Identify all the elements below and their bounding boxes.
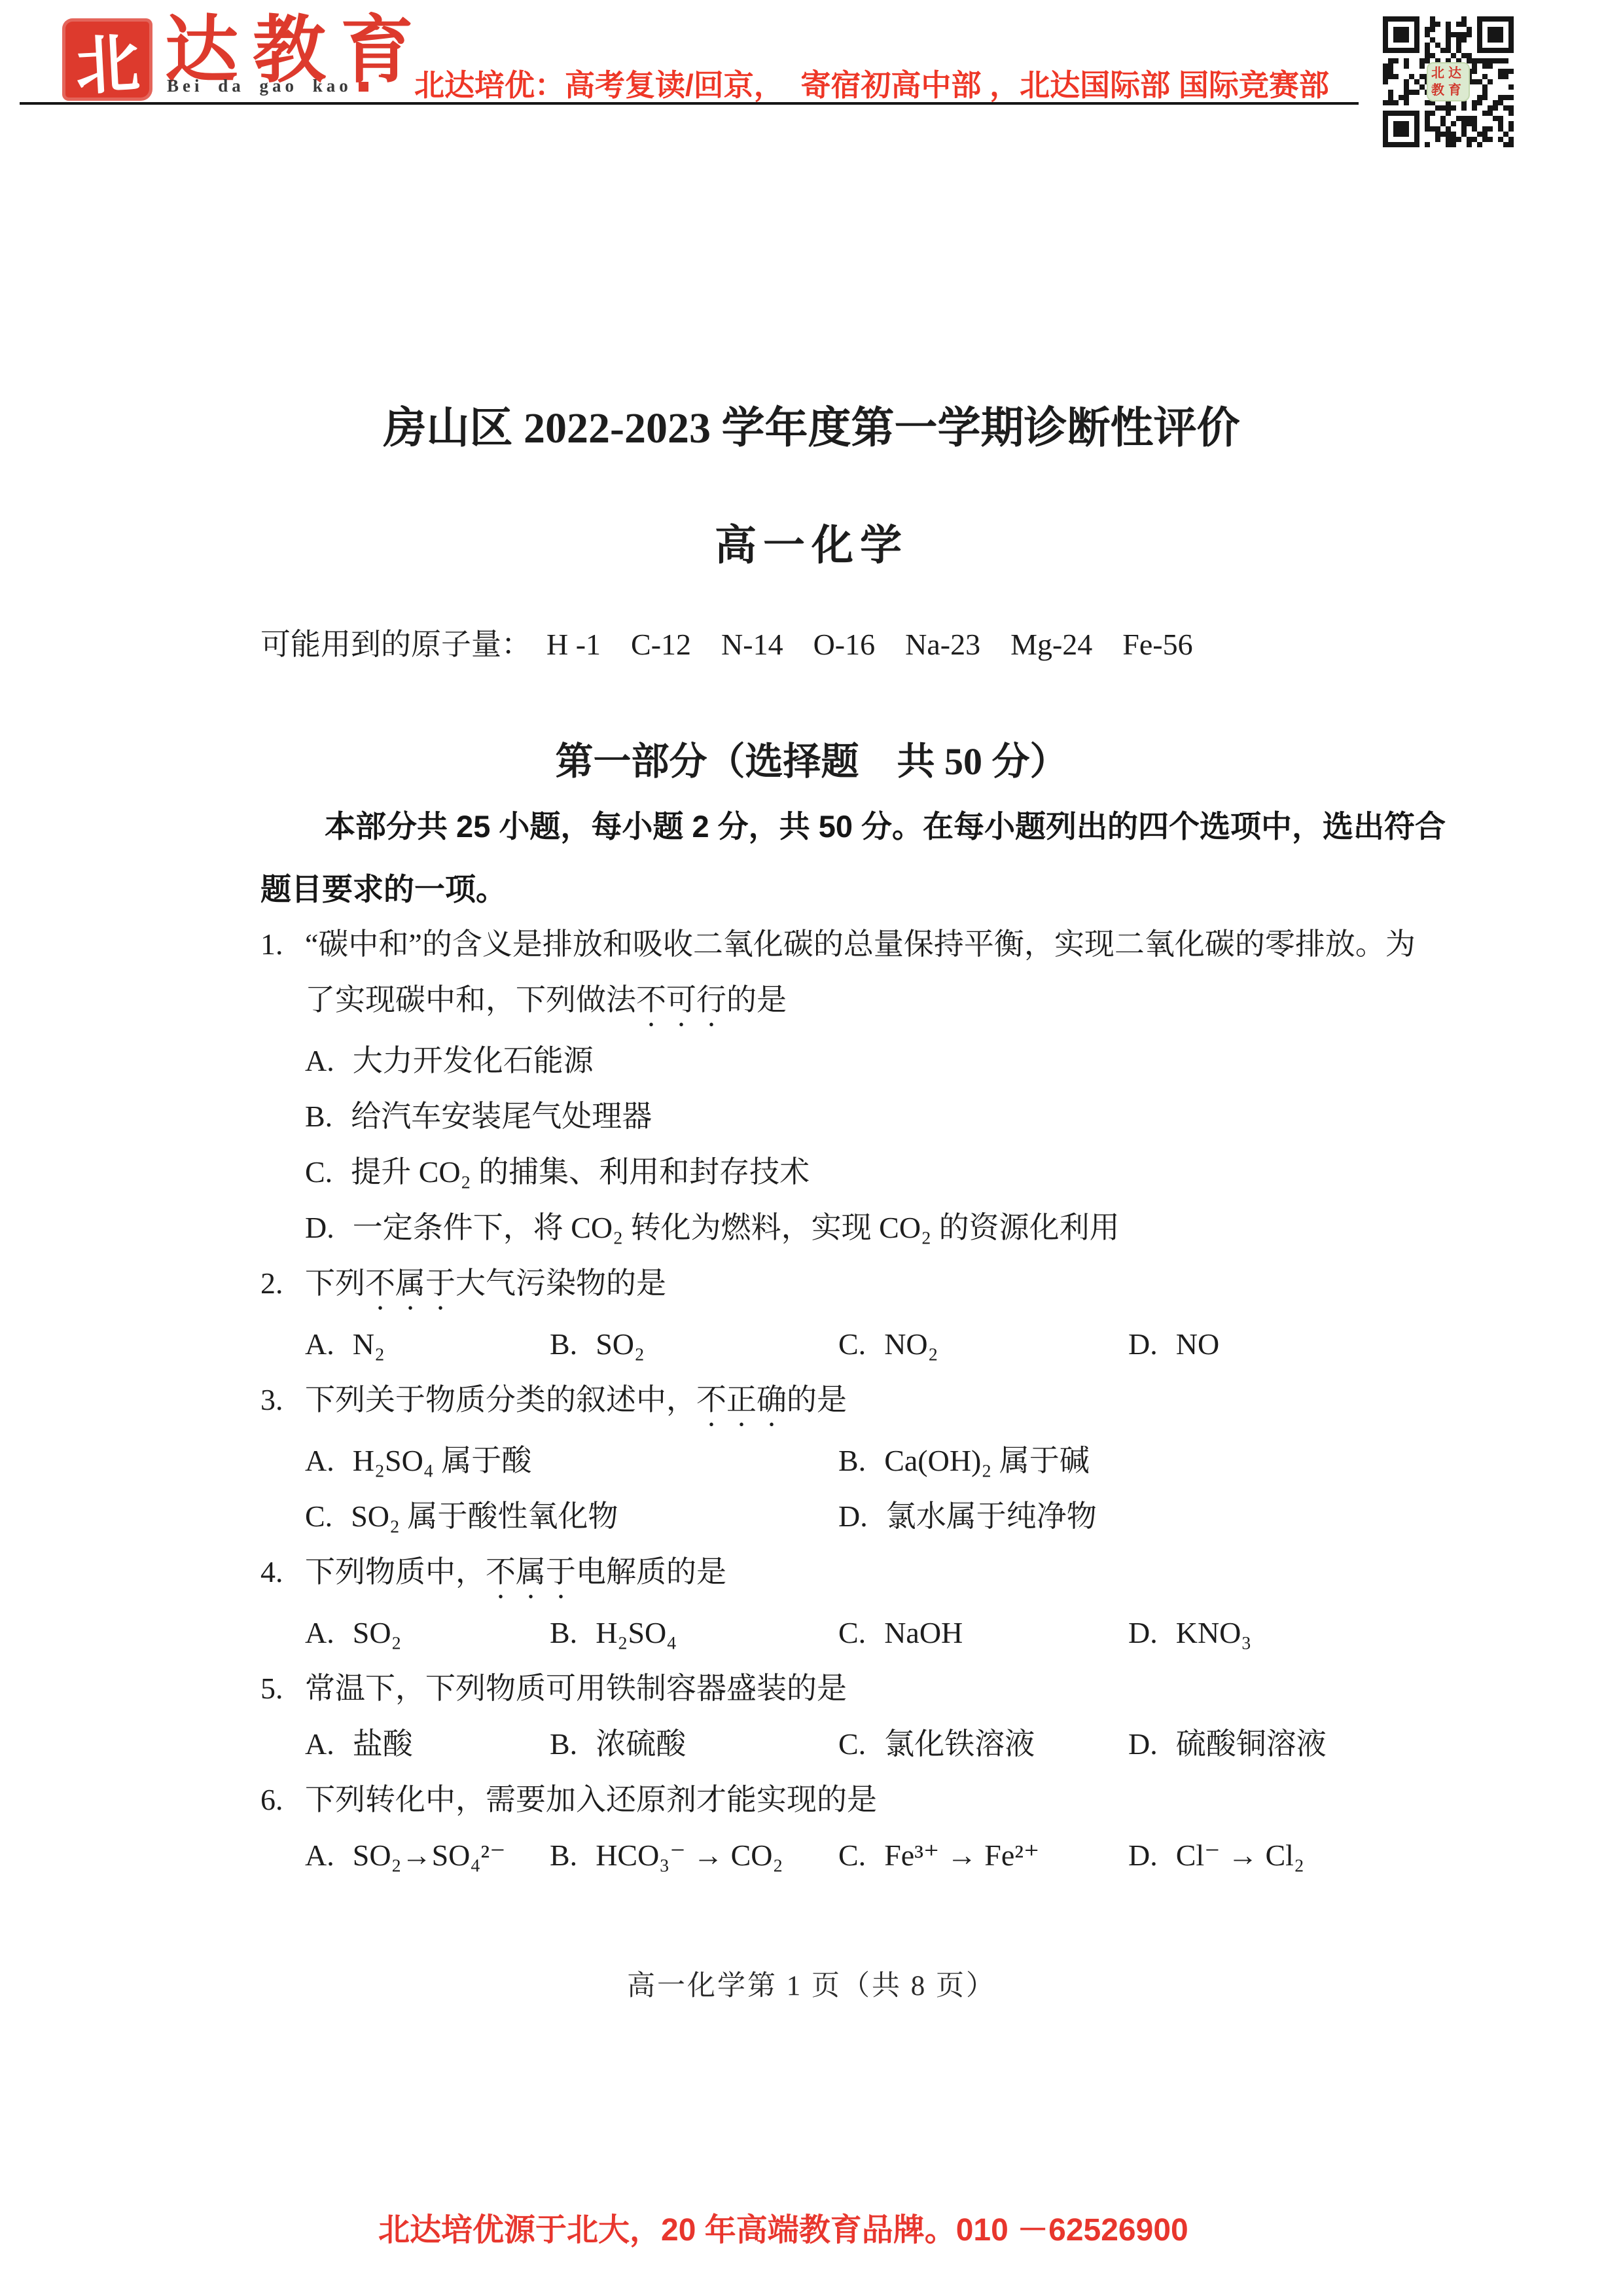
question-5-stem-line-1: 5.常温下，下列物质可用铁制容器盛装的是 xyxy=(260,1660,1373,1716)
option-label: C. xyxy=(838,1727,866,1761)
question-stem-text: 下列物质中，不属于电解质的是 xyxy=(305,1555,726,1588)
stamp-character: 北 xyxy=(73,12,141,107)
question-number: 5. xyxy=(260,1660,283,1716)
option-A: A.SO₂→SO₄²⁻ xyxy=(305,1827,550,1883)
question-number: 1. xyxy=(260,916,283,972)
option-text: NO₂ xyxy=(884,1327,938,1361)
option-D: D.NO xyxy=(1128,1316,1373,1372)
option-label: A. xyxy=(305,1327,334,1361)
option-label: B. xyxy=(550,1839,577,1872)
option-text: 提升 CO₂ 的捕集、利用和封存技术 xyxy=(351,1155,810,1189)
stem-post: 的是 xyxy=(787,1383,847,1416)
option-label: B. xyxy=(550,1327,577,1361)
option-A: A.N₂ xyxy=(305,1316,550,1372)
option-label: B. xyxy=(550,1616,577,1649)
option-text: 氯化铁溶液 xyxy=(884,1727,1035,1761)
option-C: C.NO₂ xyxy=(838,1316,1128,1372)
option-text: HCO₃⁻ → CO₂ xyxy=(596,1839,783,1872)
option-A: A.盐酸 xyxy=(305,1716,550,1772)
question-6: 6.下列转化中，需要加入还原剂才能实现的是A.SO₂→SO₄²⁻B.HCO₃⁻ … xyxy=(260,1772,1373,1883)
question-5-options: A.盐酸B.浓硫酸C.氯化铁溶液D.硫酸铜溶液 xyxy=(260,1716,1373,1772)
option-B: B.给汽车安装尾气处理器 xyxy=(305,1088,1373,1144)
page-number-label: 高一化学第 1 页（共 8 页） xyxy=(0,1964,1623,2003)
option-D: D.一定条件下，将 CO₂ 转化为燃料，实现 CO₂ 的资源化利用 xyxy=(305,1200,1373,1255)
brand-romanization: Bei da gao kao xyxy=(167,76,368,96)
stem-post: 大气污染物的是 xyxy=(455,1266,666,1300)
question-stem-text: 了实现碳中和，下列做法不可行的是 xyxy=(305,983,787,1016)
question-1-stem-line-2: 了实现碳中和，下列做法不可行的是 xyxy=(260,972,1373,1033)
option-text: NaOH xyxy=(884,1616,963,1649)
stem-pre: 了实现碳中和，下列做法 xyxy=(305,983,636,1016)
option-label: D. xyxy=(305,1211,334,1244)
option-label: B. xyxy=(838,1444,866,1477)
option-label: D. xyxy=(1128,1616,1158,1649)
option-C: C.氯化铁溶液 xyxy=(838,1716,1128,1772)
option-A: A.H₂SO₄ 属于酸 xyxy=(305,1433,838,1488)
option-text: KNO₃ xyxy=(1176,1616,1252,1649)
question-2-options: A.N₂B.SO₂C.NO₂D.NO xyxy=(260,1316,1373,1372)
question-stem-text: 下列关于物质分类的叙述中，不正确的是 xyxy=(305,1383,847,1416)
question-number: 2. xyxy=(260,1255,283,1311)
option-D: D.硫酸铜溶液 xyxy=(1128,1716,1373,1772)
option-text: 一定条件下，将 CO₂ 转化为燃料，实现 CO₂ 的资源化利用 xyxy=(353,1211,1120,1244)
instructions-line-1: 本部分共 25 小题，每小题 2 分，共 50 分。在每小题列出的四个选项中，选… xyxy=(260,795,1373,858)
instructions-line-2: 题目要求的一项。 xyxy=(260,858,1373,921)
stem-pre: 下列关于物质分类的叙述中， xyxy=(305,1383,696,1416)
stem-emphasized: 不属于 xyxy=(365,1266,455,1300)
question-number: 3. xyxy=(260,1372,283,1427)
question-5: 5.常温下，下列物质可用铁制容器盛装的是A.盐酸B.浓硫酸C.氯化铁溶液D.硫酸… xyxy=(260,1660,1373,1772)
red-square-icon xyxy=(359,82,368,92)
option-text: H₂SO₄ xyxy=(596,1616,677,1649)
question-6-stem-line-1: 6.下列转化中，需要加入还原剂才能实现的是 xyxy=(260,1772,1373,1827)
question-1: 1.“碳中和”的含义是排放和吸收二氧化碳的总量保持平衡，实现二氧化碳的零排放。为… xyxy=(260,916,1373,1255)
qr-center-badge: 北达 教育 xyxy=(1427,62,1470,101)
option-text: SO₂ xyxy=(353,1616,402,1649)
option-label: D. xyxy=(838,1499,868,1533)
option-text: Fe³⁺ → Fe²⁺ xyxy=(884,1839,1039,1872)
stem-emphasized: 不可行 xyxy=(636,983,726,1016)
option-text: Ca(OH)₂ 属于碱 xyxy=(884,1444,1090,1477)
option-D: D.Cl⁻ → Cl₂ xyxy=(1128,1827,1373,1883)
qr-code: 北达 教育 xyxy=(1383,16,1514,147)
questions: 1.“碳中和”的含义是排放和吸收二氧化碳的总量保持平衡，实现二氧化碳的零排放。为… xyxy=(260,916,1373,1883)
option-text: 氯水属于纯净物 xyxy=(886,1499,1097,1533)
option-label: A. xyxy=(305,1444,334,1477)
option-D: D.KNO₃ xyxy=(1128,1605,1373,1660)
option-label: C. xyxy=(838,1616,866,1649)
option-label: B. xyxy=(305,1100,332,1133)
option-text: 硫酸铜溶液 xyxy=(1176,1727,1327,1761)
question-4-stem-line-1: 4.下列物质中，不属于电解质的是 xyxy=(260,1544,1373,1605)
atomic-masses-line: 可能用到的原子量： H -1 C-12 N-14 O-16 Na-23 Mg-2… xyxy=(260,620,1193,664)
question-2: 2.下列不属于大气污染物的是A.N₂B.SO₂C.NO₂D.NO xyxy=(260,1255,1373,1372)
option-text: 盐酸 xyxy=(353,1727,413,1761)
exam-subject: 高一化学 xyxy=(0,512,1623,572)
qr-badge-line1: 北达 xyxy=(1428,65,1469,82)
option-label: B. xyxy=(550,1727,577,1761)
section-heading: 第一部分（选择题 共 50 分） xyxy=(0,730,1623,785)
header-divider xyxy=(20,102,1359,105)
option-text: NO xyxy=(1176,1327,1219,1361)
section-instructions: 本部分共 25 小题，每小题 2 分，共 50 分。在每小题列出的四个选项中，选… xyxy=(260,795,1373,921)
question-number: 4. xyxy=(260,1544,283,1600)
question-3: 3.下列关于物质分类的叙述中，不正确的是A.H₂SO₄ 属于酸B.Ca(OH)₂… xyxy=(260,1372,1373,1544)
option-text: Cl⁻ → Cl₂ xyxy=(1176,1839,1304,1872)
option-text: N₂ xyxy=(353,1327,385,1361)
question-3-options: A.H₂SO₄ 属于酸B.Ca(OH)₂ 属于碱C.SO₂ 属于酸性氧化物D.氯… xyxy=(260,1433,1373,1544)
option-text: H₂SO₄ 属于酸 xyxy=(353,1444,532,1477)
option-D: D.氯水属于纯净物 xyxy=(838,1488,1373,1544)
option-B: B.SO₂ xyxy=(550,1316,838,1372)
question-4-options: A.SO₂B.H₂SO₄C.NaOHD.KNO₃ xyxy=(260,1605,1373,1660)
question-stem-text: 下列转化中，需要加入还原剂才能实现的是 xyxy=(305,1783,877,1816)
option-label: A. xyxy=(305,1044,334,1077)
brand-stamp-logo: 北 xyxy=(62,18,152,101)
stem-post: 电解质的是 xyxy=(576,1555,726,1588)
option-label: D. xyxy=(1128,1327,1158,1361)
option-label: A. xyxy=(305,1616,334,1649)
question-2-stem-line-1: 2.下列不属于大气污染物的是 xyxy=(260,1255,1373,1316)
stem-pre: 下列物质中， xyxy=(305,1555,486,1588)
option-label: D. xyxy=(1128,1839,1158,1872)
option-text: SO₂ xyxy=(596,1327,645,1361)
question-6-options: A.SO₂→SO₄²⁻B.HCO₃⁻ → CO₂C.Fe³⁺ → Fe²⁺D.C… xyxy=(260,1827,1373,1883)
stem-emphasized: 不属于 xyxy=(486,1555,576,1588)
option-label: C. xyxy=(305,1499,332,1533)
stem-emphasized: 不正确 xyxy=(696,1383,787,1416)
question-1-stem-line-1: 1.“碳中和”的含义是排放和吸收二氧化碳的总量保持平衡，实现二氧化碳的零排放。为 xyxy=(260,916,1373,972)
qr-badge-line2: 教育 xyxy=(1428,82,1469,99)
option-C: C.Fe³⁺ → Fe²⁺ xyxy=(838,1827,1128,1883)
question-stem-text: “碳中和”的含义是排放和吸收二氧化碳的总量保持平衡，实现二氧化碳的零排放。为 xyxy=(305,927,1416,961)
stem-post: 的是 xyxy=(726,983,787,1016)
option-label: C. xyxy=(838,1327,866,1361)
option-A: A.大力开发化石能源 xyxy=(305,1033,1373,1088)
question-1-options: A.大力开发化石能源B.给汽车安装尾气处理器C.提升 CO₂ 的捕集、利用和封存… xyxy=(260,1033,1373,1255)
option-C: C.SO₂ 属于酸性氧化物 xyxy=(305,1488,838,1544)
question-number: 6. xyxy=(260,1772,283,1827)
option-label: A. xyxy=(305,1839,334,1872)
option-label: C. xyxy=(305,1155,332,1189)
option-label: D. xyxy=(1128,1727,1158,1761)
option-B: B.H₂SO₄ xyxy=(550,1605,838,1660)
option-B: B.Ca(OH)₂ 属于碱 xyxy=(838,1433,1373,1488)
option-text: 大力开发化石能源 xyxy=(353,1044,594,1077)
exam-page: 北 达教育 Bei da gao kao 北达培优：高考复读/回京， 寄宿初高中… xyxy=(0,0,1623,2296)
question-stem-text: 下列不属于大气污染物的是 xyxy=(305,1266,666,1300)
brand-romanization-text: Bei da gao kao xyxy=(167,76,352,96)
option-text: 浓硫酸 xyxy=(596,1727,686,1761)
stem-pre: 下列 xyxy=(305,1266,365,1300)
question-4: 4.下列物质中，不属于电解质的是A.SO₂B.H₂SO₄C.NaOHD.KNO₃ xyxy=(260,1544,1373,1660)
option-text: 给汽车安装尾气处理器 xyxy=(351,1100,652,1133)
option-B: B.浓硫酸 xyxy=(550,1716,838,1772)
option-label: C. xyxy=(838,1839,866,1872)
question-3-stem-line-1: 3.下列关于物质分类的叙述中，不正确的是 xyxy=(260,1372,1373,1433)
option-C: C.NaOH xyxy=(838,1605,1128,1660)
header-tagline: 北达培优：高考复读/回京， 寄宿初高中部 ，北达国际部 国际竞赛部 xyxy=(414,62,1329,105)
option-text: SO₂→SO₄²⁻ xyxy=(353,1839,506,1872)
option-B: B.HCO₃⁻ → CO₂ xyxy=(550,1827,838,1883)
footer-promo: 北达培优源于北大，20 年高端教育品牌。010 －62526900 xyxy=(378,2204,1188,2250)
option-A: A.SO₂ xyxy=(305,1605,550,1660)
question-stem-text: 常温下，下列物质可用铁制容器盛装的是 xyxy=(305,1672,847,1705)
option-C: C.提升 CO₂ 的捕集、利用和封存技术 xyxy=(305,1144,1373,1200)
option-text: SO₂ 属于酸性氧化物 xyxy=(351,1499,618,1533)
option-label: A. xyxy=(305,1727,334,1761)
exam-title: 房山区 2022-2023 学年度第一学期诊断性评价 xyxy=(0,393,1623,455)
